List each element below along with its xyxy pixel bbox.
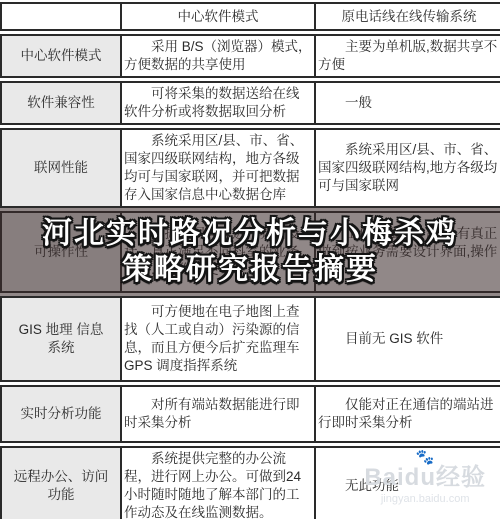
watermark-brand-text: Baidu经验 — [364, 466, 486, 490]
row-right-cell: 目前无 GIS 软件 — [314, 296, 500, 382]
row-mid-cell: 系统提供完整的办公流程，进行网上办公。可做到24小时随时随地了解本部门的工作动态… — [120, 446, 316, 519]
table-header-row: 中心软件模式 原电话线在线传输系统 — [0, 2, 500, 31]
table-row: 联网性能 系统采用区/县、市、省、国家四级联网结构，地方各级均可与国家联网，并可… — [0, 128, 500, 208]
row-label-cell: 中心软件模式 — [0, 34, 122, 78]
title-overlay-banner: 河北实时路况分析与小梅杀鸡 策略研究报告摘要 — [0, 208, 500, 296]
baidu-watermark: 🐾 Baidu经验 jingyan.baidu.com — [364, 452, 486, 505]
row-label-cell: 联网性能 — [0, 128, 122, 208]
banner-title-line2: 策略研究报告摘要 — [122, 252, 378, 288]
table-row: GIS 地理 信息系统 可方便地在电子地图上查找（人工或自动）污染源的信息，而且… — [0, 296, 500, 382]
row-mid-cell: 采用 B/S（浏览器）模式，方便数据的共享使用 — [120, 34, 316, 78]
table-row: 软件兼容性 可将采集的数据送给在线软件分析或将数据取回分析 一般 — [0, 81, 500, 125]
row-label-cell: GIS 地理 信息系统 — [0, 296, 122, 382]
banner-title-line1: 河北实时路况分析与小梅杀鸡 — [42, 216, 458, 252]
row-mid-cell: 对所有端站数据能进行即时采集分析 — [120, 385, 316, 443]
row-right-cell: 仅能对正在通信的端站进行即时采集分析 — [314, 385, 500, 443]
row-right-cell: 系统采用区/县、市、省、国家四级联网结构,地方各级均可与国家联网 — [314, 128, 500, 208]
table-row: 中心软件模式 采用 B/S（浏览器）模式，方便数据的共享使用 主要为单机版,数据… — [0, 34, 500, 78]
row-mid-cell: 可方便地在电子地图上查找（人工或自动）污染源的信息，而且方便今后扩充监理车 GP… — [120, 296, 316, 382]
table-row: 实时分析功能 对所有端站数据能进行即时采集分析 仅能对正在通信的端站进行即时采集… — [0, 385, 500, 443]
paw-icon: 🐾 — [364, 452, 486, 464]
header-cell-empty — [0, 2, 122, 31]
row-label-cell: 软件兼容性 — [0, 81, 122, 125]
row-mid-cell: 可将采集的数据送给在线软件分析或将数据取回分析 — [120, 81, 316, 125]
row-label-cell: 实时分析功能 — [0, 385, 122, 443]
header-cell-legacy-system: 原电话线在线传输系统 — [314, 2, 500, 31]
row-right-cell: 一般 — [314, 81, 500, 125]
screenshot-page: 中心软件模式 原电话线在线传输系统 中心软件模式 采用 B/S（浏览器）模式，方… — [0, 0, 500, 519]
row-mid-cell: 系统采用区/县、市、省、国家四级联网结构，地方各级均可与国家联网，并可把数据存入… — [120, 128, 316, 208]
row-label-cell: 远程办公、访问功能 — [0, 446, 122, 519]
row-right-cell: 主要为单机版,数据共享不方便 — [314, 34, 500, 78]
watermark-url-text: jingyan.baidu.com — [364, 493, 486, 505]
header-cell-center-software-mode: 中心软件模式 — [120, 2, 316, 31]
